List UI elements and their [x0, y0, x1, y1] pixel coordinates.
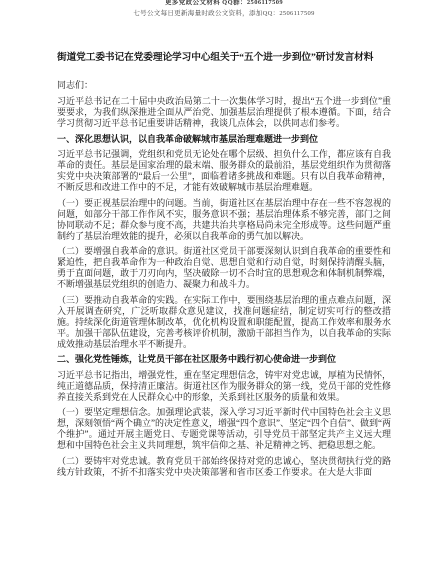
paragraph: （一）要坚定理想信念。加强理论武装，深入学习习近平新时代中国特色社会主义思想，深…	[57, 407, 391, 451]
section-heading: 一、深化思想认识，以自我革命破解城市基层治理难题进一步到位	[57, 134, 391, 145]
document-title: 街道党工委书记在党委理论学习中心组关于“五个进一步到位”研讨发言材料	[57, 52, 391, 64]
salutation: 同志们：	[57, 80, 391, 91]
paragraph: 习近平总书记强调，党组织和党员无论处在哪个层级、担负什么工作，都应该有自我革命的…	[57, 149, 391, 193]
document-body: 习近平总书记在二十届中央政治局第二十一次集体学习时，提出“五个进一步到位”重要要…	[57, 96, 391, 478]
paragraph: （二）要增强自我革命的意识。街道社区党员干部要深刻认识到自我革命的重要性和紧迫性…	[57, 246, 391, 290]
paragraph: 习近平总书记指出，增强党性，重在坚定理想信念，铸牢对党忠诚，厚植为民情怀，纯正道…	[57, 370, 391, 403]
promo-header: 更多党政公文材料 QQ群：2506117509 七号公文每日更新海量时政公文资料…	[57, 0, 391, 18]
paragraph: （三）要推动自我革命的实践。在实际工作中，要围绕基层治理的重点难点问题，深入开展…	[57, 295, 391, 350]
promo-header-line2: 七号公文每日更新海量时政公文资料，添加QQ：2506117509	[57, 9, 391, 18]
section-heading: 二、强化党性锤炼，让党员干部在社区服务中践行初心使命进一步到位	[57, 354, 391, 365]
paragraph: 习近平总书记在二十届中央政治局第二十一次集体学习时，提出“五个进一步到位”重要要…	[57, 96, 391, 129]
document-page: 更多党政公文材料 QQ群：2506117509 七号公文每日更新海量时政公文资料…	[0, 0, 448, 578]
paragraph: （二）要铸牢对党忠诚。教育党员干部始终保持对党的忠诚心，坚决贯彻执行党的路线方针…	[57, 456, 391, 478]
promo-header-line1: 更多党政公文材料 QQ群：2506117509	[57, 0, 391, 7]
paragraph: （一）要正视基层治理中的问题。当前，街道社区在基层治理中存在一些不容忽视的问题，…	[57, 198, 391, 242]
